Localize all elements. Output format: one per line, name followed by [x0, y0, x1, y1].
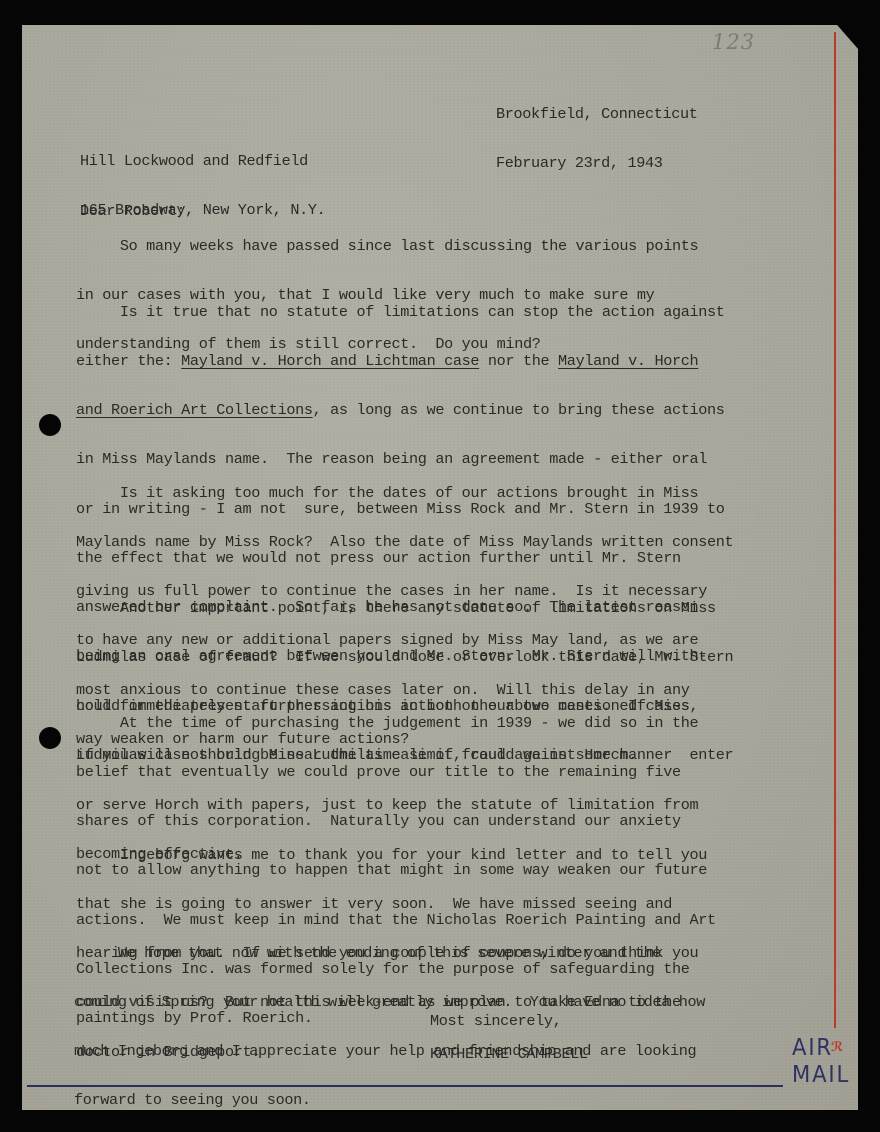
paragraph-line: Maylands name by Miss Rock? Also the dat… — [76, 534, 733, 550]
case-title-underlined: Mayland v. Horch and Lichtman case — [181, 352, 479, 370]
paragraph-line: much Ingeborg and I appreciate your help… — [74, 1043, 705, 1059]
header-location: Brookfield, Connecticut — [496, 106, 698, 122]
case-title-underlined: Mayland v. Horch — [558, 352, 698, 370]
letter-header: Brookfield, Connecticut February 23rd, 1… — [496, 73, 698, 188]
paragraph-line: Ludmilas case of fraud? If we should los… — [76, 649, 733, 665]
paragraph-7: We hope that now with the ending of this… — [74, 912, 705, 1125]
text-run: , as long as we continue to bring these … — [313, 401, 725, 419]
red-margin-line — [834, 32, 836, 1028]
punch-hole-bottom — [39, 727, 61, 749]
header-date: February 23rd, 1943 — [496, 155, 698, 171]
paragraph-line: Another important point, is there any st… — [76, 600, 733, 616]
paragraph-line: either the: Mayland v. Horch and Lichtma… — [76, 353, 725, 369]
paragraph-line: Is it asking too much for the dates of o… — [76, 485, 733, 501]
case-title-underlined: and Roerich Art Collections — [76, 401, 313, 419]
punch-hole-top — [39, 414, 61, 436]
paragraph-line: So many weeks have passed since last dis… — [76, 238, 698, 254]
paragraph-line: Is it true that no statute of limitation… — [76, 304, 725, 320]
paragraph-line: At the time of purchasing the judgement … — [76, 715, 716, 731]
text-run: nor the — [479, 352, 558, 370]
paragraph-line: Ingeborg wants me to thank you for your … — [76, 847, 707, 863]
airmail-line-mail: MAIL — [792, 1062, 850, 1089]
paragraph-line: coming of Spring your health will greatl… — [74, 994, 705, 1010]
handwritten-page-number: 123 — [712, 30, 755, 54]
signature-block: KATHERINE CAMPBELL — [430, 1013, 588, 1079]
paragraph-line: We hope that now with the ending of this… — [74, 945, 705, 961]
recipient-name: Hill Lockwood and Redfield — [80, 153, 325, 169]
signature-name: KATHERINE CAMPBELL — [430, 1046, 588, 1062]
text-run: either the: — [76, 352, 181, 370]
airmail-red-mark-icon: ℛ — [831, 1040, 843, 1055]
paragraph-line: forward to seeing you soon. — [74, 1092, 705, 1108]
paragraph-line: that she is going to answer it very soon… — [76, 896, 707, 912]
paragraph-line: belief that eventually we could prove ou… — [76, 764, 716, 780]
paragraph-line: and Roerich Art Collections, as long as … — [76, 402, 725, 418]
